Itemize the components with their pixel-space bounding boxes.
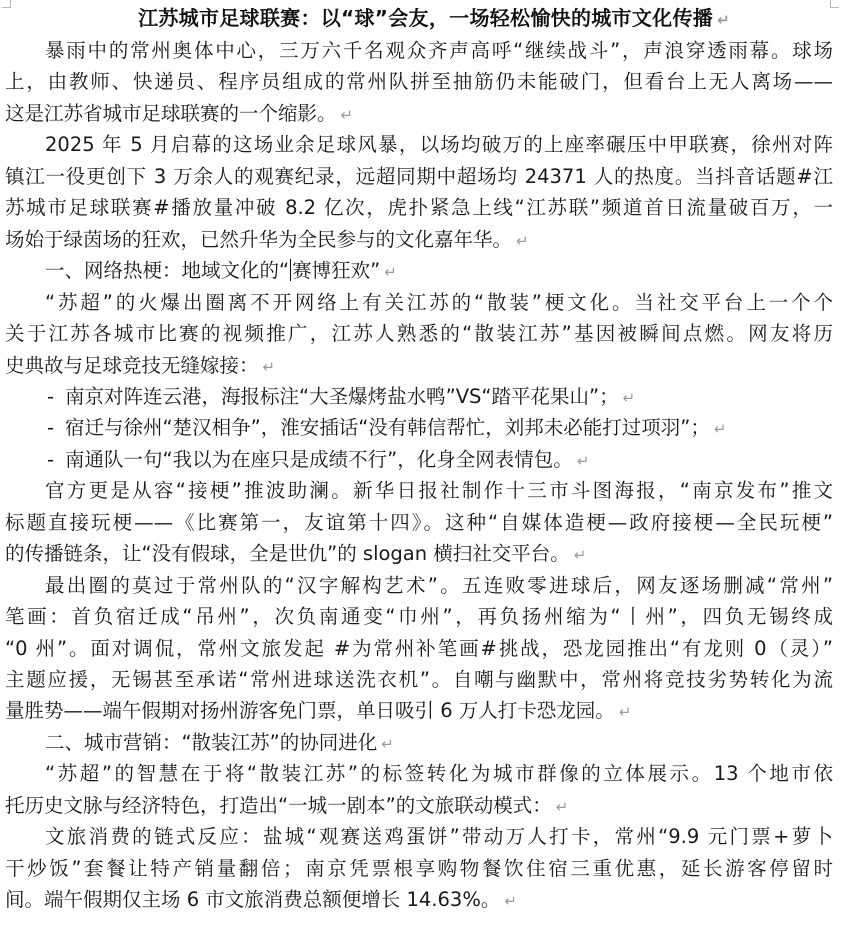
text-line: 笔画：首负宿迁成“吊州”，次负南通变“巾州”，再负扬州缩为“丨州”，四负无锡终成 [5, 601, 833, 632]
text-line: 一、网络热梗：地域文化的“赛博狂欢”↵ [5, 255, 397, 286]
paragraph-mark-icon: ↵ [381, 735, 394, 753]
text-line: 上，由教师、快递员、程序员组成的常州队拼至抽筋仍未能破门，但看台上无人离场—— [5, 66, 833, 97]
text-line: 暴雨中的常州奥体中心，三万六千名观众齐声高呼“继续战斗”，声浪穿透雨幕。球场 [5, 35, 833, 66]
text-segment: 二、城市营销：“散装江苏”的协同进化 [45, 731, 377, 754]
paragraph-mark-icon: ↵ [341, 106, 354, 124]
paragraph-mark-icon: ↵ [619, 703, 632, 721]
text-segment: 这是江苏省城市足球联赛的一个缩影。 [5, 102, 337, 125]
text-line: 官方更是从容“接梗”推波助澜。新华日报社制作十三市斗图海报，“南京发布”推文 [5, 475, 833, 506]
text-segment: 赛博狂欢” [292, 259, 380, 282]
text-segment: 一、网络热梗：地域文化的“ [45, 259, 289, 282]
text-segment: 托历史文脉与经济特色，打造出“一城一剧本”的文旅联动模式： [5, 794, 552, 817]
paragraph-mark-icon: ↵ [623, 389, 636, 407]
paragraph-mark-icon: ↵ [574, 546, 587, 564]
text-line: 的传播链条，让“没有假球，全是世仇”的 slogan 横扫社交平台。↵ [5, 538, 586, 569]
text-line: 最出圈的莫过于常州队的“汉字解构艺术”。五连败零进球后，网友逐场删减“常州” [5, 570, 833, 601]
list-item: -南通队一句“我以为在座只是成绩不行”，化身全网表情包。↵ [47, 444, 589, 475]
document-title-text: 江苏城市足球联赛：以“球”会友，一场轻松愉快的城市文化传播 [138, 6, 713, 30]
text-line: 二、城市营销：“散装江苏”的协同进化↵ [5, 727, 394, 758]
text-line: 苏城市足球联赛#播放量冲破 8.2 亿次，虎扑紧急上线“江苏联”频道首日流量破百… [5, 192, 833, 223]
text-line: 量胜势——端午假期对扬州游客免门票，单日吸引 6 万人打卡恐龙园。↵ [5, 695, 631, 726]
text-segment: 的传播链条，让“没有假球，全是世仇”的 slogan 横扫社交平台。 [5, 542, 570, 565]
text-line: 标题直接玩梗——《比赛第一，友谊第十四》。这种“自媒体造梗—政府接梗—全民玩梗” [5, 507, 833, 538]
paragraph-mark-icon: ↵ [384, 263, 397, 281]
text-line: 关于江苏各城市比赛的视频推广，江苏人熟悉的“散装江苏”基因被瞬间点燃。网友将历 [5, 318, 833, 349]
text-line: 镇江一役更创下 3 万余人的观赛纪录，远超同期中超场均 24371 人的热度。当… [5, 161, 833, 192]
list-item: -宿迁与徐州“楚汉相争”，淮安插话“没有韩信帮忙，刘邦未必能打过项羽”；↵ [47, 412, 727, 443]
list-item: -南京对阵连云港，海报标注“大圣爆烤盐水鸭”VS“踏平花果山”；↵ [47, 381, 635, 412]
text-segment: 场始于绿茵场的狂欢，已然升华为全民参与的文化嘉年华。 [5, 228, 512, 251]
paragraph-mark-icon: ↵ [577, 452, 590, 470]
text-line: 间。端午假期仅主场 6 市文旅消费总额便增长 14.63%。↵ [5, 884, 517, 915]
text-segment: 量胜势——端午假期对扬州游客免门票，单日吸引 6 万人打卡恐龙园。 [5, 699, 615, 722]
text-segment: 南通队一句“我以为在座只是成绩不行”，化身全网表情包。 [65, 448, 573, 471]
text-line: 主题应援，无锡甚至承诺“常州进球送洗衣机”。自嘲与幽默中，常州将竞技劣势转化为流 [5, 664, 833, 695]
bullet-dash: - [47, 381, 65, 412]
text-line: 史典故与足球竞技无缝嫁接：↵ [5, 350, 275, 381]
text-segment: 间。端午假期仅主场 6 市文旅消费总额便增长 14.63%。 [5, 888, 500, 911]
paragraph-mark-icon: ↵ [516, 232, 529, 250]
paragraph-mark-icon: ↵ [714, 420, 727, 438]
text-line: “0 州”。面对调侃，常州文旅发起 #为常州补笔画#挑战，恐龙园推出“有龙则 0… [5, 633, 833, 664]
text-line: 文旅消费的链式反应：盐城“观赛送鸡蛋饼”带动万人打卡，常州“9.9 元门票+萝卜 [5, 821, 833, 852]
text-line: “苏超”的智慧在于将“散装江苏”的标签转化为城市群像的立体展示。13 个地市依 [5, 758, 833, 789]
text-line: “苏超”的火爆出圈离不开网络上有关江苏的“散装”梗文化。当社交平台上一个个 [5, 287, 833, 318]
text-line: 干炒饭”套餐让特产销量翻倍；南京凭票根享购物餐饮住宿三重优惠，延长游客停留时 [5, 853, 833, 884]
text-segment: 宿迁与徐州“楚汉相争”，淮安插话“没有韩信帮忙，刘邦未必能打过项羽”； [65, 416, 710, 439]
text-line: 这是江苏省城市足球联赛的一个缩影。↵ [5, 98, 353, 129]
bullet-dash: - [47, 444, 65, 475]
text-segment: 南京对阵连云港，海报标注“大圣爆烤盐水鸭”VS“踏平花果山”； [65, 385, 619, 408]
text-cursor [290, 259, 291, 281]
text-line: 2025 年 5 月启幕的这场业余足球风暴，以场均破万的上座率碾压中甲联赛，徐州… [5, 129, 833, 160]
paragraph-mark-icon: ↵ [556, 798, 569, 816]
bullet-dash: - [47, 412, 65, 443]
paragraph-mark-icon: ↵ [263, 358, 276, 376]
document-title: 江苏城市足球联赛：以“球”会友，一场轻松愉快的城市文化传播↵ [5, 4, 835, 34]
text-line: 场始于绿茵场的狂欢，已然升华为全民参与的文化嘉年华。↵ [5, 224, 529, 255]
paragraph-mark-icon: ↵ [717, 11, 730, 29]
text-segment: 史典故与足球竞技无缝嫁接： [5, 354, 259, 377]
paragraph-mark-icon: ↵ [504, 892, 517, 910]
text-line: 托历史文脉与经济特色，打造出“一城一剧本”的文旅联动模式：↵ [5, 790, 568, 821]
